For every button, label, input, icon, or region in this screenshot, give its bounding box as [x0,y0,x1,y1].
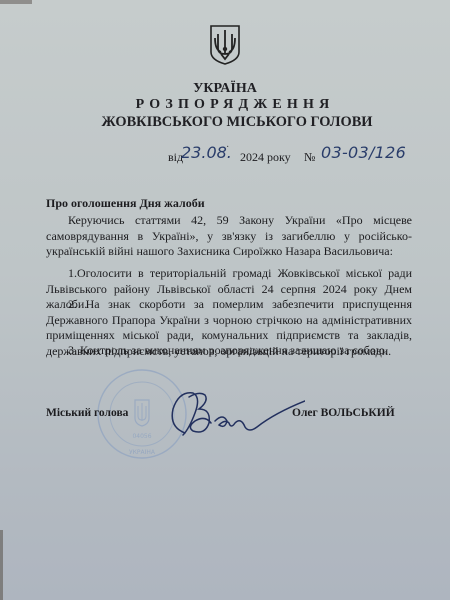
preamble-paragraph: Керуючись статтями 42, 59 Закону України… [46,213,412,260]
paper-edge [0,0,32,4]
header-country: УКРАЇНА [0,81,450,97]
signatory-name: Олег ВОЛЬСЬКИЙ [292,407,395,419]
handwritten-signature [165,383,305,445]
svg-text:04056: 04056 [132,433,151,440]
signatory-title: Міський голова [46,407,128,419]
header-issuer: ЖОВКІВСЬКОГО МІСЬКОГО ГОЛОВИ [12,114,450,131]
header-doc-type: РОЗПОРЯДЖЕННЯ [0,97,450,113]
year-label: 2024 року [240,150,291,165]
paper-edge [0,530,3,600]
number-label: № [304,150,315,165]
svg-text:УКРАЇНА: УКРАЇНА [129,449,156,456]
document-page: УКРАЇНА РОЗПОРЯДЖЕННЯ ЖОВКІВСЬКОГО МІСЬК… [0,0,450,600]
order-number-handwritten: 03-03/126 [321,143,406,162]
ink-mark: · [226,142,229,153]
coat-of-arms-icon [209,24,241,66]
clause-3: 3. Контроль за виконанням розпорядження … [46,343,412,359]
document-subject: Про оголошення Дня жалоби [46,196,205,211]
date-value-handwritten: 23.08. [181,143,232,162]
